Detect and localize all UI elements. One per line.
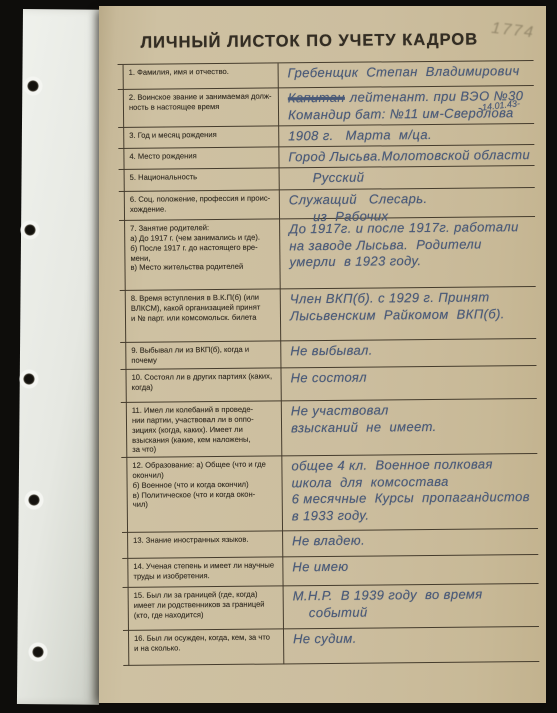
form-row-6: 6. Соц. положение, профессия и проис- хо… xyxy=(119,188,535,221)
form-row-12: 12. Образование: а) Общее (что и где око… xyxy=(121,454,538,533)
handwriting-line: взысканий не имеет. xyxy=(291,417,537,436)
form-table-body: 1. Фамилия, имя и отчество.Гребенщик Сте… xyxy=(118,61,540,666)
handwriting-line: Не судим. xyxy=(293,629,539,648)
punch-hole xyxy=(20,220,40,240)
row-3-label: 3. Год и месяц рождения xyxy=(118,126,278,148)
row-4-answer: Город Лысьва.Молотовской области xyxy=(278,145,534,167)
row-15-label: 15. Был ли за границей (где, когда) имее… xyxy=(123,586,283,630)
punch-hole xyxy=(23,76,43,96)
handwriting-line: 6 месячные Курсы пропагандистов xyxy=(292,489,538,508)
row-5-answer: Русский xyxy=(279,166,535,189)
row-11-answer: Не участвовалвзысканий не имеет. xyxy=(281,399,538,455)
row-2-label: 2. Воинское звание и занимаемая долж- но… xyxy=(118,88,278,127)
row-8-answer: Член ВКП(б). с 1929 г. ПринятЛысьвенским… xyxy=(280,287,536,340)
row-2-answer: Капитанлейтенант. при ВЭО №30Командир ба… xyxy=(278,86,534,125)
handwriting-line: Не имею xyxy=(292,557,538,576)
form-row-7: 7. Занятие родителей: а) До 1917 г. (чем… xyxy=(119,217,536,291)
punch-hole xyxy=(24,490,44,510)
form-row-9: 9. Выбывал ли из ВКП(б), когда и почемуН… xyxy=(120,339,536,370)
row-16-answer: Не судим. xyxy=(283,627,539,663)
document-page: ЛИЧНЫЙ ЛИСТОК ПО УЧЕТУ КАДРОВ 1774 1. Фа… xyxy=(99,6,546,703)
row-10-answer: Не состоял xyxy=(280,366,536,400)
page-title: ЛИЧНЫЙ ЛИСТОК ПО УЧЕТУ КАДРОВ xyxy=(99,30,519,53)
handwriting-line: Город Лысьва.Молотовской области xyxy=(288,147,534,166)
row-6-label: 6. Соц. положение, профессия и проис- хо… xyxy=(119,190,279,220)
handwriting-line: Гребенщик Степан Владимирович xyxy=(288,63,534,82)
row-5-label: 5. Национальность xyxy=(119,168,279,191)
struck-text: Капитан xyxy=(288,90,345,106)
row-14-answer: Не имею xyxy=(282,555,538,585)
handwriting-line: Не владею. xyxy=(292,531,538,550)
handwriting-line: Не состоял xyxy=(290,368,536,387)
row-1-label: 1. Фамилия, имя и отчество. xyxy=(118,63,278,89)
row-12-answer: общее 4 кл. Военное полковаяшкола для ко… xyxy=(281,454,538,530)
punch-hole xyxy=(28,642,48,662)
row-9-label: 9. Выбывал ли из ВКП(б), когда и почему xyxy=(120,341,280,369)
row-10-label: 10. Состоял ли в других партиях (каких, … xyxy=(120,368,280,402)
handwriting-line: событий xyxy=(293,602,539,621)
row-7-answer: До 1917г. и после 1917г. работалина заво… xyxy=(279,217,536,288)
handwriting-line: 1908 г. Марта м/ца. xyxy=(288,126,534,145)
handwriting-line: Не выбывал. xyxy=(290,341,536,360)
row-16-label: 16. Был ли осужден, когда, кем, за что и… xyxy=(123,629,283,665)
handwriting-line: умерли в 1923 году. xyxy=(289,252,535,271)
row-4-label: 4. Место рождения xyxy=(118,147,278,169)
form-row-10: 10. Состоял ли в других партиях (каких, … xyxy=(120,366,536,403)
handwriting-line: Лысьвенским Райкомом ВКП(б). xyxy=(290,305,536,324)
form-row-16: 16. Был ли осужден, когда, кем, за что и… xyxy=(123,627,539,666)
punch-hole xyxy=(19,369,39,389)
row-1-answer: Гребенщик Степан Владимирович xyxy=(278,61,534,87)
form-row-8: 8. Время вступления в В.К.П(б) (или ВЛКС… xyxy=(120,287,536,343)
row-3-answer: 1908 г. Марта м/ца. xyxy=(278,124,534,146)
scan-background: { "colors": { "paper": "#ccbe9f", "print… xyxy=(0,0,557,713)
form-row-2: 2. Воинское звание и занимаемая долж- но… xyxy=(118,86,534,128)
form-table: 1. Фамилия, имя и отчество.Гребенщик Сте… xyxy=(118,60,540,666)
form-row-11: 11. Имел ли колебаний в проведе- нии пар… xyxy=(121,399,538,458)
handwriting-line: Русский xyxy=(289,168,535,187)
form-row-14: 14. Ученая степень и имеет ли научные тр… xyxy=(122,555,538,588)
row-13-answer: Не владею. xyxy=(282,529,538,556)
row-8-label: 8. Время вступления в В.К.П(б) (или ВЛКС… xyxy=(120,289,280,342)
binding-strip xyxy=(17,9,105,705)
page-content: ЛИЧНЫЙ ЛИСТОК ПО УЧЕТУ КАДРОВ 1774 1. Фа… xyxy=(99,4,553,705)
row-7-label: 7. Занятие родителей: а) До 1917 г. (чем… xyxy=(119,219,280,290)
row-11-label: 11. Имел ли колебаний в проведе- нии пар… xyxy=(121,401,282,457)
row-14-label: 14. Ученая степень и имеет ли научные тр… xyxy=(122,557,282,587)
handwriting-line: в 1933 году. xyxy=(292,505,538,524)
row-6-answer: Служащий Слесарь. из Рабочих xyxy=(279,188,535,218)
row-15-answer: М.Н.Р. В 1939 году во время событий xyxy=(283,584,539,628)
row-12-label: 12. Образование: а) Общее (что и где око… xyxy=(121,456,282,532)
form-row-15: 15. Был ли за границей (где, когда) имее… xyxy=(123,584,539,631)
form-row-13: 13. Знание иностранных языков.Не владею. xyxy=(122,529,538,559)
row-13-label: 13. Знание иностранных языков. xyxy=(122,531,282,558)
row-9-answer: Не выбывал. xyxy=(280,339,536,367)
handwriting-line: До 1917г. и после 1917г. работали xyxy=(289,219,535,238)
